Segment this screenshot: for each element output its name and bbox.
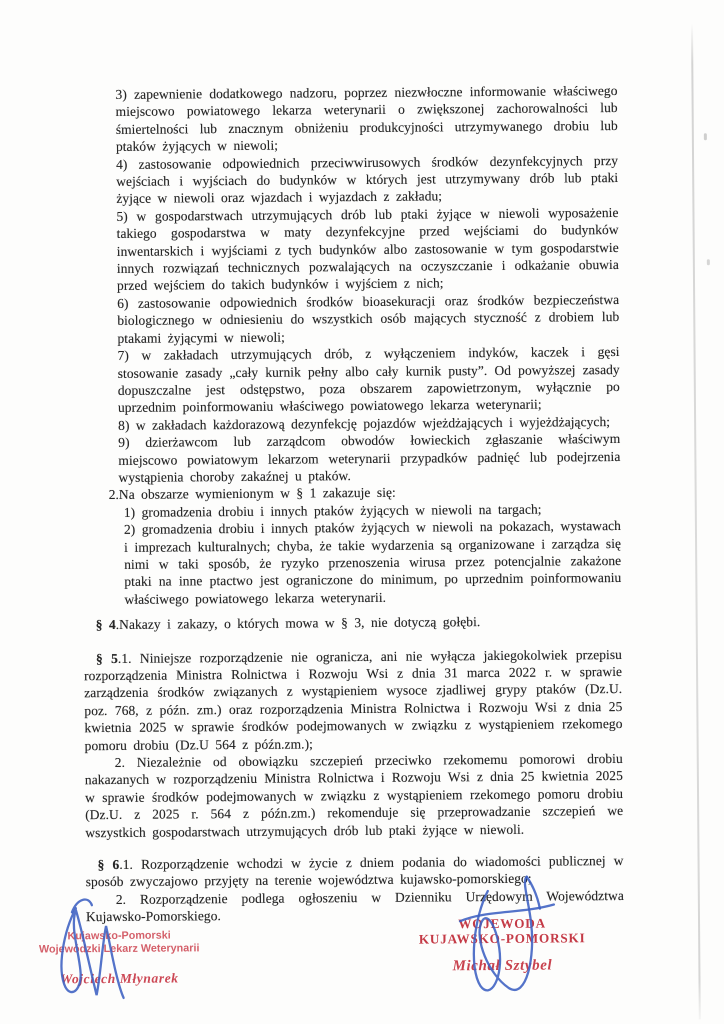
stamp-name: Michał Sztybel [410,958,594,974]
scanned-regulation-page: { "page": { "type": "scanned official re… [0,0,724,1024]
paragraph: 5) w gospodarstwach utrzymujących drób l… [116,204,619,295]
paragraph: 4) zastosowanie odpowiednich przeciwwiru… [116,152,618,208]
document-body: 3) zapewnienie dodatkowego nadzoru, popr… [79,82,624,926]
paragraph: 2) gromadzenia drobiu i innych ptaków ży… [124,517,622,608]
stamp-line: Kujawsko-Pomorski [37,929,201,943]
scan-artifact-speck [707,259,710,265]
stamp-name: Wojciech Młynarek [37,971,201,985]
paragraph: 7) w zakładach utrzymujących drób, z wył… [118,343,621,417]
paragraph: 9) dzierżawcom lub zarządcom obwodów łow… [118,430,620,486]
paragraph: § 5.1. Niniejsze rozporządzenie nie ogra… [84,646,623,755]
paragraph: § 4.Nakazy i zakazy, o których mowa w § … [84,612,622,634]
stamp-veterinary-officer: Kujawsko-Pomorski Wojewódzki Lekarz Wete… [37,929,201,985]
section-marker: § 4 [96,617,116,632]
scan-artifact-speck [704,133,707,140]
paragraph: 2. Niezależnie od obowiązku szczepień pr… [85,750,624,841]
section-marker: § 6 [98,857,120,872]
stamp-line: Wojewódzki Lekarz Weterynarii [37,942,201,956]
paragraph: 6) zastosowanie odpowiednich środków bio… [117,291,619,347]
paragraph: 3) zapewnienie dodatkowego nadzoru, popr… [115,82,618,156]
section-marker: § 5 [96,651,118,666]
paragraph: § 6.1. Rozporządzenie wchodzi w życie z … [85,852,623,891]
document-sheet: 3) zapewnienie dodatkowego nadzoru, popr… [0,0,724,1024]
stamp-line: KUJAWSKO-POMORSKI [410,930,594,946]
scan-artifact-line [691,23,701,1019]
stamp-voivode: WOJEWODA KUJAWSKO-POMORSKI Michał Sztybe… [410,915,594,974]
stamp-line: WOJEWODA [410,915,594,931]
